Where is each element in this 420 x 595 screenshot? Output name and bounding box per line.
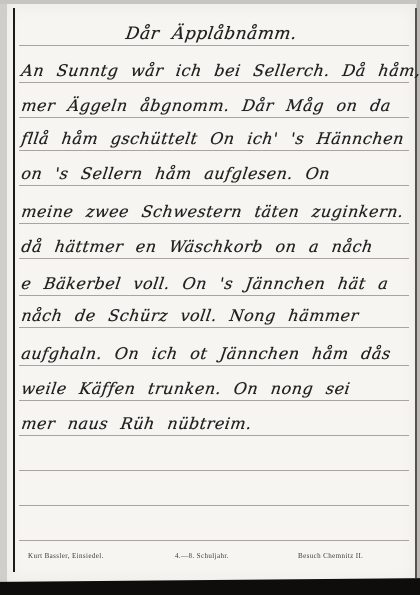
binding-margin-line <box>13 8 15 572</box>
handwriting-line: mer Äggeln åbgnomm. Dår Måg on da <box>20 96 392 116</box>
ruled-line <box>19 185 409 186</box>
ruled-line <box>19 223 409 224</box>
manuscript-title: Dår Äpplåbnåmm. <box>0 24 420 44</box>
ruled-line <box>19 327 409 328</box>
footer-place: Besuch Chemnitz II. <box>298 552 363 560</box>
handwriting-line: e Bäkerbel voll. On 's Jännchen hät a <box>20 274 390 294</box>
handwriting-line: då hättmer en Wäschkorb on a nåch <box>20 237 374 257</box>
handwriting-line: on 's Sellern håm aufglesen. On <box>20 164 331 184</box>
page-edge-line <box>415 8 417 578</box>
ruled-line <box>19 365 409 366</box>
ruled-line <box>19 45 409 46</box>
handwriting-line: weile Käffen trunken. On nong sei <box>20 379 352 399</box>
ruled-line <box>19 435 409 436</box>
handwriting-line: fllå håm gschüttelt On ich' 's Hännchen <box>20 129 405 149</box>
ruled-line <box>19 150 409 151</box>
handwriting-line: meine zwee Schwestern täten zuginkern. <box>20 202 405 222</box>
ruled-line <box>19 295 409 296</box>
scan-bottom-band <box>0 578 420 595</box>
ruled-line <box>19 117 409 118</box>
ruled-line <box>19 258 409 259</box>
scan-edge-top <box>0 0 420 4</box>
ruled-line <box>19 400 409 401</box>
handwriting-line: mer naus Rüh nübtreim. <box>20 414 253 434</box>
scan-edge-left <box>0 0 7 582</box>
footer-author: Kurt Bassler, Einsiedel. <box>28 552 104 560</box>
handwriting-line: nåch de Schürz voll. Nong hämmer <box>20 306 360 326</box>
scanned-page: Dår Äpplåbnåmm. An Sunntg wår ich bei Se… <box>0 0 420 595</box>
handwriting-line: aufghaln. On ich ot Jännchen håm dås <box>20 344 392 364</box>
ruled-line <box>19 470 409 471</box>
footer-school-year: 4.—8. Schuljahr. <box>175 552 229 560</box>
ruled-line <box>19 82 409 83</box>
ruled-line <box>19 540 409 541</box>
handwriting-line: An Sunntg wår ich bei Sellerch. Då håm, <box>20 61 420 81</box>
ruled-line <box>19 505 409 506</box>
printed-footer: Kurt Bassler, Einsiedel. 4.—8. Schuljahr… <box>0 552 420 564</box>
